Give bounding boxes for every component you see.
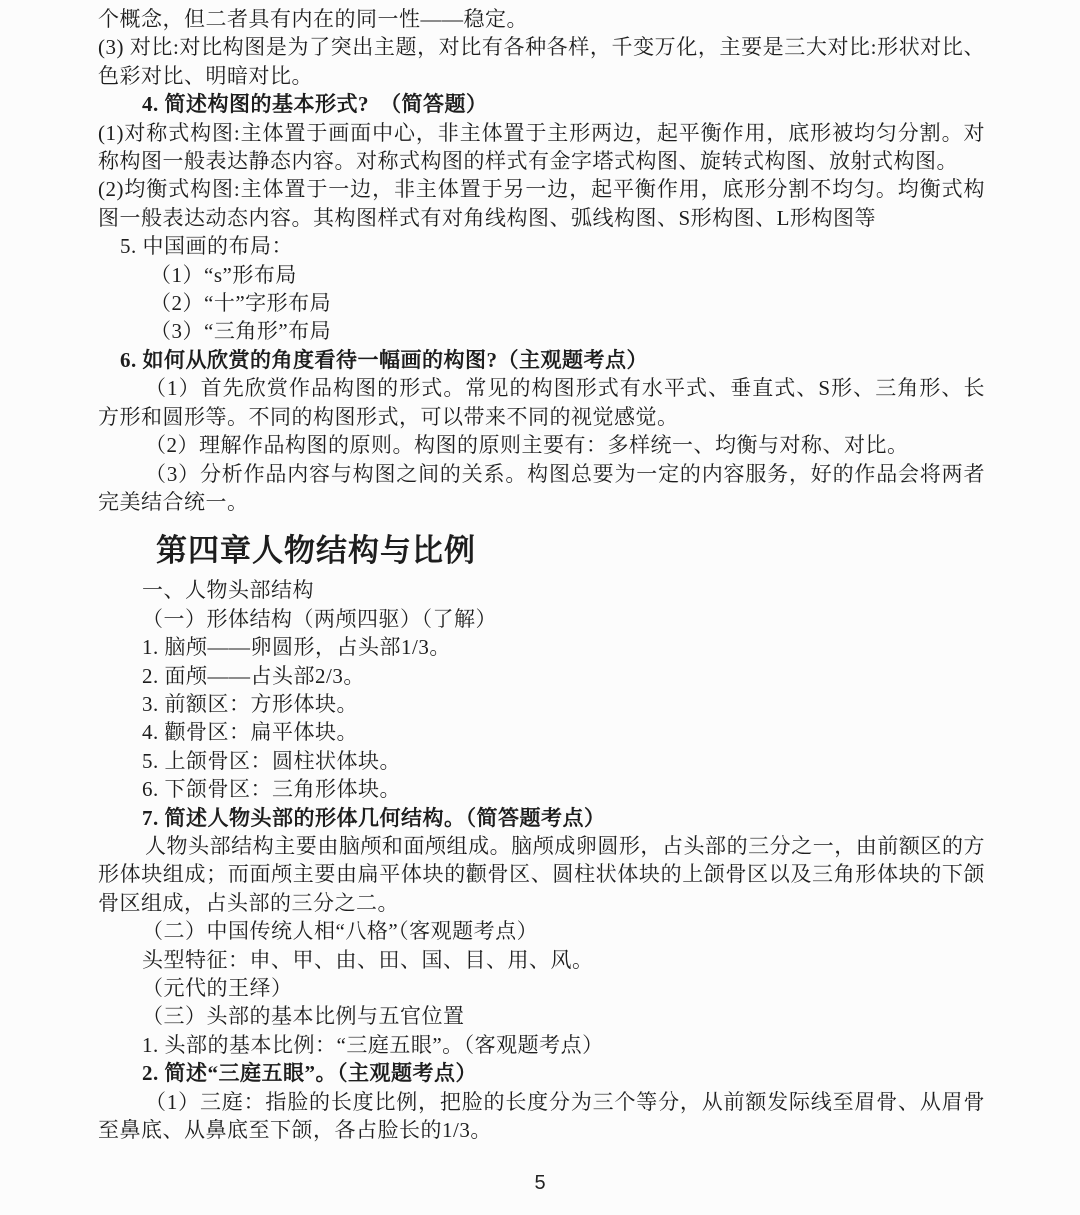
doc-paragraph: (1)对称式构图:主体置于画面中心，非主体置于主形两边，起平衡作用，底形被均匀分… (98, 119, 985, 176)
doc-paragraph: (3) 对比:对比构图是为了突出主题，对比有各种各样，千变万化，主要是三大对比:… (98, 33, 985, 90)
document-page: 个概念，但二者具有内在的同一性——稳定。 (3) 对比:对比构图是为了突出主题，… (0, 0, 1080, 1215)
section-heading: 一、人物头部结构 (98, 576, 985, 604)
list-item: （2）“十”字形布局 (98, 289, 985, 317)
question-6-heading: 6. 如何从欣赏的角度看待一幅画的构图?（主观题考点） (98, 346, 985, 374)
list-item: 1. 头部的基本比例：“三庭五眼”。（客观题考点） (98, 1031, 985, 1059)
doc-paragraph: 头型特征：申、甲、由、田、国、目、用、风。 (98, 946, 985, 974)
question-7-heading: 7. 简述人物头部的形体几何结构。（简答题考点） (98, 804, 985, 832)
list-item: 4. 颧骨区：扁平体块。 (98, 718, 985, 746)
subsection-heading: （三）头部的基本比例与五官位置 (98, 1002, 985, 1030)
subsection-heading: （一）形体结构（两颅四驱）（了解） (98, 605, 985, 633)
doc-paragraph: （2）理解作品构图的原则。构图的原则主要有：多样统一、均衡与对称、对比。 (98, 431, 985, 459)
item-5-heading: 5. 中国画的布局： (98, 232, 985, 260)
list-item: 6. 下颌骨区：三角形体块。 (98, 775, 985, 803)
question-2-heading: 2. 简述“三庭五眼”。（主观题考点） (98, 1059, 985, 1087)
doc-paragraph: (2)均衡式构图:主体置于一边，非主体置于另一边，起平衡作用，底形分割不均匀。均… (98, 175, 985, 232)
list-item: 3. 前额区：方形体块。 (98, 690, 985, 718)
doc-paragraph: （1）三庭：指脸的长度比例，把脸的长度分为三个等分，从前额发际线至眉骨、从眉骨至… (98, 1088, 985, 1145)
list-item: （3）“三角形”布局 (98, 317, 985, 345)
chapter-title: 第四章人物结构与比例 (98, 531, 985, 571)
doc-paragraph: （元代的王绎） (98, 974, 985, 1002)
doc-paragraph: 人物头部结构主要由脑颅和面颅组成。脑颅成卵圆形，占头部的三分之一，由前额区的方形… (98, 832, 985, 917)
page-number: 5 (0, 1172, 1080, 1195)
doc-paragraph: （1）首先欣赏作品构图的形式。常见的构图形式有水平式、垂直式、S形、三角形、长方… (98, 374, 985, 431)
list-item: 5. 上颌骨区：圆柱状体块。 (98, 747, 985, 775)
doc-paragraph: （3）分析作品内容与构图之间的关系。构图总要为一定的内容服务，好的作品会将两者完… (98, 460, 985, 517)
subsection-heading: （二）中国传统人相“八格”（客观题考点） (98, 917, 985, 945)
question-4-heading: 4. 简述构图的基本形式? （简答题） (98, 90, 985, 118)
list-item: 2. 面颅——占头部2/3。 (98, 662, 985, 690)
doc-paragraph: 个概念，但二者具有内在的同一性——稳定。 (98, 5, 985, 33)
list-item: 1. 脑颅——卵圆形，占头部1/3。 (98, 633, 985, 661)
document-body: 个概念，但二者具有内在的同一性——稳定。 (3) 对比:对比构图是为了突出主题，… (0, 0, 1080, 1144)
list-item: （1）“s”形布局 (98, 261, 985, 289)
